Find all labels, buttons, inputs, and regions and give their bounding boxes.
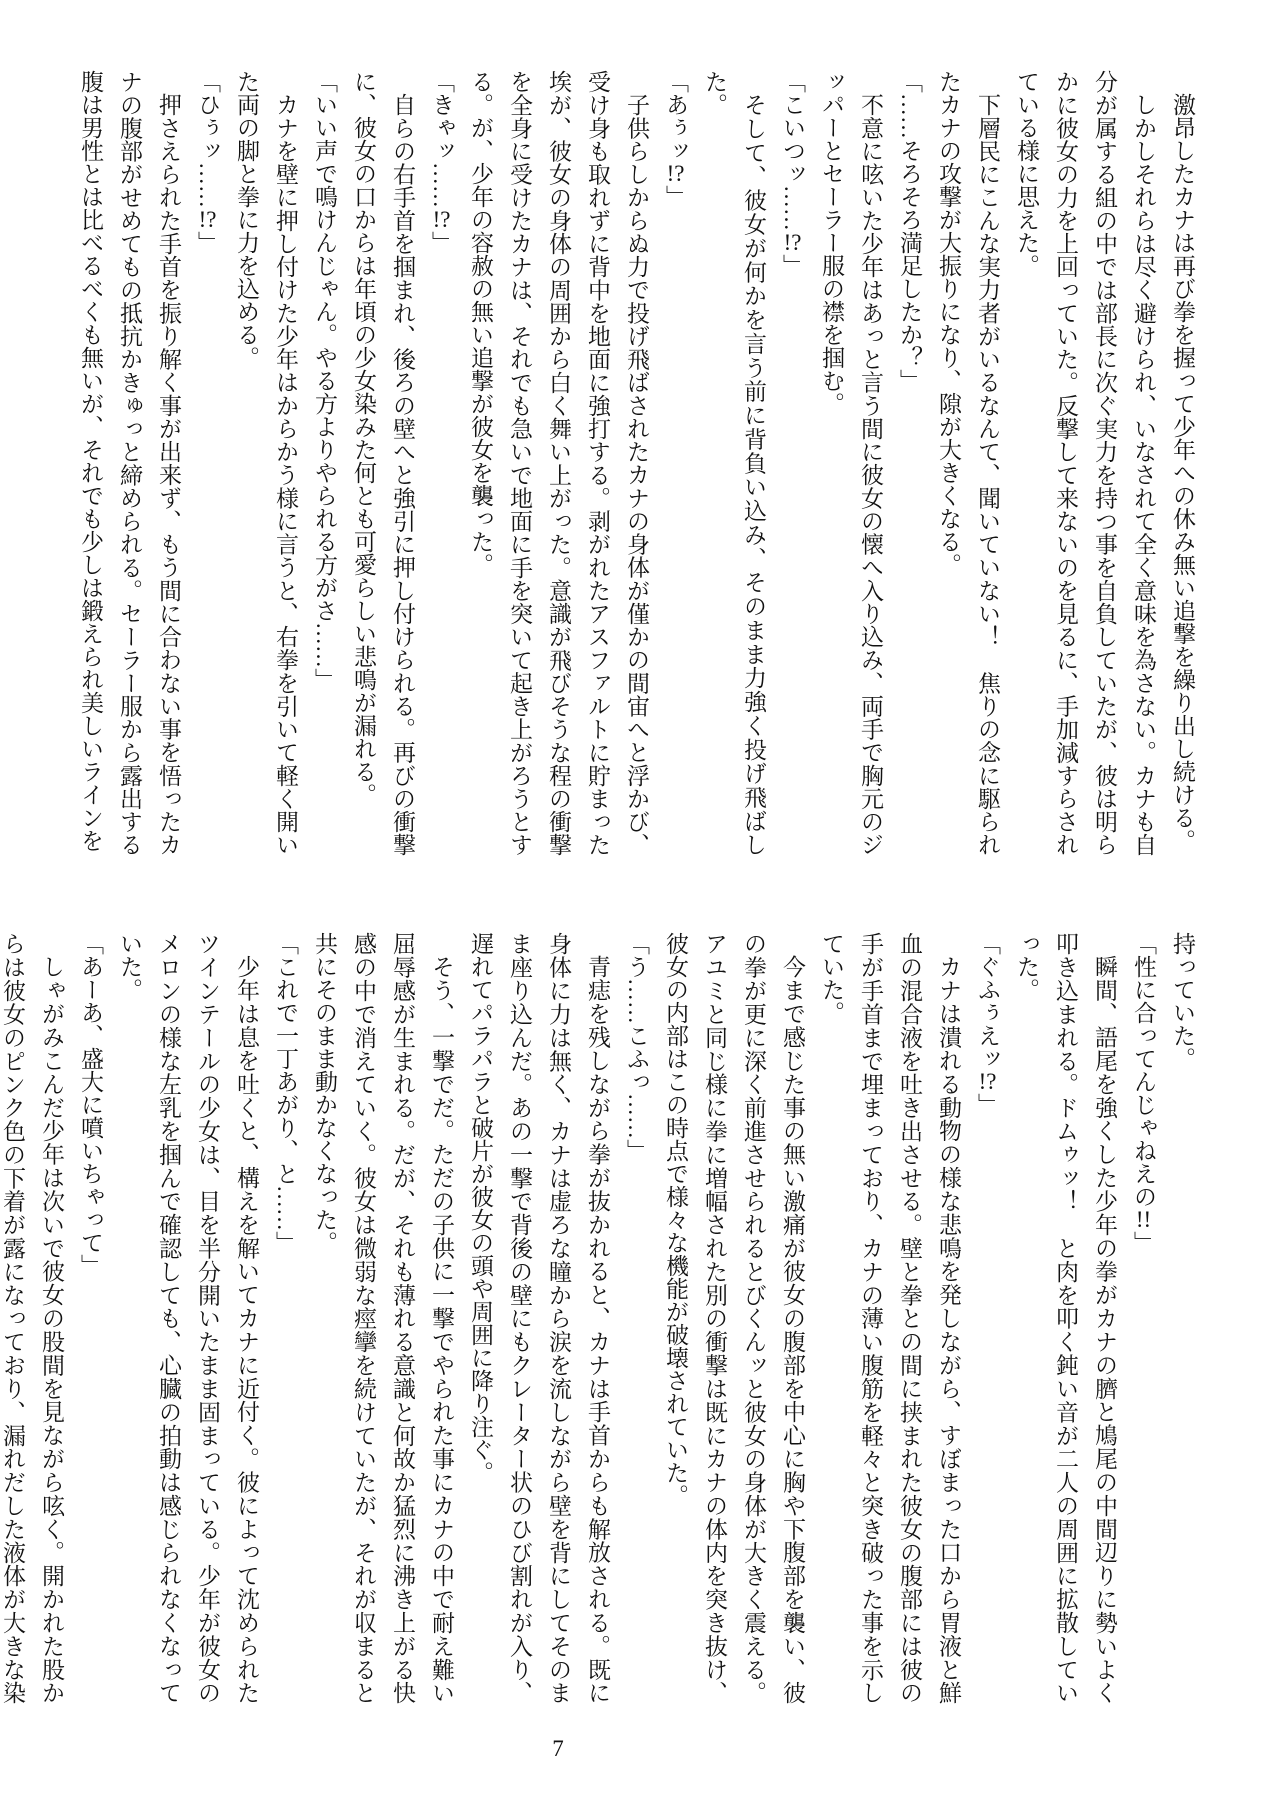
paragraph: 「ぐふぅえッ!?」 [968, 932, 1007, 1704]
paragraph: カナを壁に押し付けた少年はからかう様に言うと、右拳を引いて軽く開いた両の脚と拳に… [227, 70, 305, 856]
paragraph: カナは潰れる動物の様な悲鳴を発しながら、すぼまった口から胃液と鮮血の混合液を吐き… [812, 932, 968, 1704]
paragraph: 「これで一丁あがり、と……」 [266, 932, 305, 1704]
bottom-text-block: 持っていた。「性に合ってんじゃねえの!!」瞬間、語尾を強くした少年の拳がカナの臍… [0, 932, 1202, 1704]
paragraph: 今まで感じた事の無い激痛が彼女の腹部を中心に胸や下腹部を襲い、彼の拳が更に深く前… [656, 932, 812, 1704]
paragraph: 少年は息を吐くと、構えを解いてカナに近付く。彼によって沈められたツインテールの少… [110, 932, 266, 1704]
paragraph: そして、彼女が何かを言う前に背負い込み、そのまま力強く投げ飛ばした。 [695, 70, 773, 856]
document-page: 激昂したカナは再び拳を握って少年への休み無い追撃を繰り出し続ける。しかしそれらは… [0, 0, 1280, 1808]
paragraph: 「いい声で鳴けんじゃん。やる方よりやられる方がさ……」 [305, 70, 344, 856]
paragraph: 「ひぅッ……!?」 [188, 70, 227, 856]
paragraph: 押さえられた手首を振り解く事が出来ず、もう間に合わない事を悟ったカナの腹部がせめ… [71, 70, 188, 856]
paragraph: 「性に合ってんじゃねえの!!」 [1124, 932, 1163, 1704]
paragraph: 瞬間、語尾を強くした少年の拳がカナの臍と鳩尾の中間辺りに勢いよく叩き込まれる。ド… [1007, 932, 1124, 1704]
paragraph: 「あぅッ!?」 [656, 70, 695, 856]
paragraph: しゃがみこんだ少年は次いで彼女の股間を見ながら呟く。開かれた股からは彼女のピンク… [0, 932, 71, 1704]
top-text-block: 激昂したカナは再び拳を握って少年への休み無い追撃を繰り出し続ける。しかしそれらは… [71, 70, 1202, 856]
paragraph: 「う……こふっ……」 [617, 932, 656, 1704]
paragraph: そう、一撃でだ。ただの子供に一撃でやられた事にカナの中で耐え難い屈辱感が生まれる… [305, 932, 461, 1704]
paragraph: しかしそれらは尽く避けられ、いなされて全く意味を為さない。カナも自分が属する組の… [1007, 70, 1163, 856]
paragraph: 「きゃッ……!?」 [422, 70, 461, 856]
paragraph: 青痣を残しながら拳が抜かれると、カナは手首からも解放される。既に身体に力は無く、… [461, 932, 617, 1704]
paragraph: 「……そろそろ満足したか？」 [890, 70, 929, 856]
paragraph: 自らの右手首を掴まれ、後ろの壁へと強引に押し付けられる。再びの衝撃に、彼女の口か… [344, 70, 422, 856]
paragraph: 不意に呟いた少年はあっと言う間に彼女の懐へ入り込み、両手で胸元のジッパーとセーラ… [812, 70, 890, 856]
page-number: 7 [518, 1734, 598, 1764]
paragraph: 子供らしからぬ力で投げ飛ばされたカナの身体が僅かの間宙へと浮かび、受け身も取れず… [461, 70, 656, 856]
paragraph: 激昂したカナは再び拳を握って少年への休み無い追撃を繰り出し続ける。 [1163, 70, 1202, 856]
paragraph: 「こいつッ……!?」 [773, 70, 812, 856]
paragraph: 下層民にこんな実力者がいるなんて、聞いていない！ 焦りの念に駆られたカナの攻撃が… [929, 70, 1007, 856]
paragraph: 「あーあ、盛大に噴いちゃって」 [71, 932, 110, 1704]
paragraph: 持っていた。 [1163, 932, 1202, 1704]
